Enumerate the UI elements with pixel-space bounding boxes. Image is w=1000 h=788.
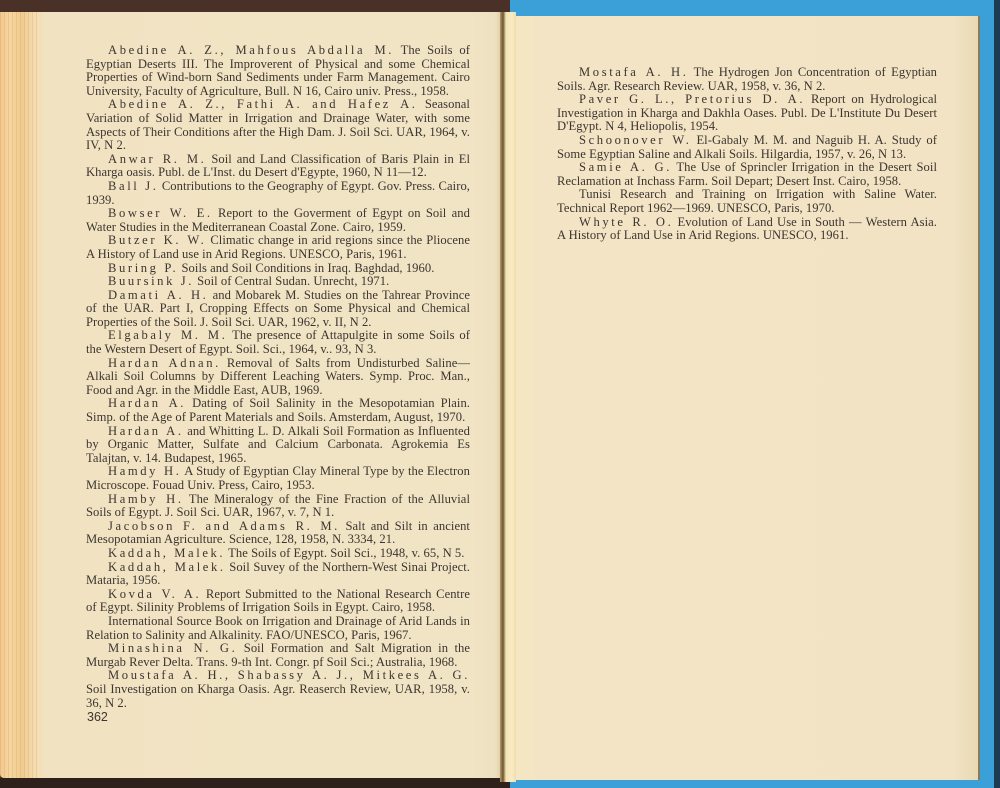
- bibliography-entry: Whyte R. O. Evolution of Land Use in Sou…: [557, 216, 937, 243]
- bibliography-entry: Hamby H. The Mineralogy of the Fine Frac…: [86, 493, 470, 520]
- bibliography-entry: Paver G. L., Pretorius D. A. Report on H…: [557, 93, 937, 134]
- left-page-bibliography: Abedine A. Z., Mahfous Abdalla M. The So…: [86, 44, 470, 710]
- bibliography-entry: Hardan A. and Whitting L. D. Alkali Soil…: [86, 425, 470, 466]
- bibliography-entry: Hardan Adnan. Removal of Salts from Undi…: [86, 357, 470, 398]
- bibliography-entry: Moustafa A. H., Shabassy A. J., Mitkees …: [86, 669, 470, 710]
- bibliography-entry: Tunisi Research and Training on Irrigati…: [557, 188, 937, 215]
- bibliography-entry: Samie A. G. The Use of Sprincler Irrigat…: [557, 161, 937, 188]
- bibliography-entry: Ball J. Contributions to the Geography o…: [86, 180, 470, 207]
- page-number: 362: [87, 710, 108, 724]
- bibliography-entry: Damati A. H. and Mobarek M. Studies on t…: [86, 289, 470, 330]
- right-page-bibliography: Mostafa A. H. The Hydrogen Jon Concentra…: [557, 66, 937, 243]
- bibliography-entry: Schoonover W. El-Gabaly M. M. and Naguib…: [557, 134, 937, 161]
- bibliography-entry: Kovda V. A. Report Submitted to the Nati…: [86, 588, 470, 615]
- bibliography-entry: Butzer K. W. Climatic change in arid reg…: [86, 234, 470, 261]
- bibliography-entry: Kaddah, Malek. The Soils of Egypt. Soil …: [86, 547, 470, 561]
- bibliography-entry: Mostafa A. H. The Hydrogen Jon Concentra…: [557, 66, 937, 93]
- bibliography-entry: Minashina N. G. Soil Formation and Salt …: [86, 642, 470, 669]
- bibliography-entry: Abedine A. Z., Mahfous Abdalla M. The So…: [86, 44, 470, 98]
- bibliography-entry: Kaddah, Malek. Soil Suvey of the Norther…: [86, 561, 470, 588]
- bibliography-entry: Hardan A. Dating of Soil Salinity in the…: [86, 397, 470, 424]
- bibliography-entry: Anwar R. M. Soil and Land Classification…: [86, 153, 470, 180]
- bibliography-entry: International Source Book on Irrigation …: [86, 615, 470, 642]
- book-gutter: [500, 12, 516, 782]
- bibliography-entry: Bowser W. E. Report to the Goverment of …: [86, 207, 470, 234]
- page-stack-edges: [0, 12, 38, 778]
- bibliography-entry: Buring P. Soils and Soil Conditions in I…: [86, 262, 470, 276]
- bibliography-entry: Hamdy H. A Study of Egyptian Clay Minera…: [86, 465, 470, 492]
- bibliography-entry: Elgabaly M. M. The presence of Attapulgi…: [86, 329, 470, 356]
- open-book-photo: Abedine A. Z., Mahfous Abdalla M. The So…: [0, 0, 1000, 788]
- bibliography-entry: Jacobson F. and Adams R. M. Salt and Sil…: [86, 520, 470, 547]
- cover-edge: [994, 0, 1000, 788]
- bibliography-entry: Abedine A. Z., Fathi A. and Hafez A. Sea…: [86, 98, 470, 152]
- bibliography-entry: Buursink J. Soil of Central Sudan. Unrec…: [86, 275, 470, 289]
